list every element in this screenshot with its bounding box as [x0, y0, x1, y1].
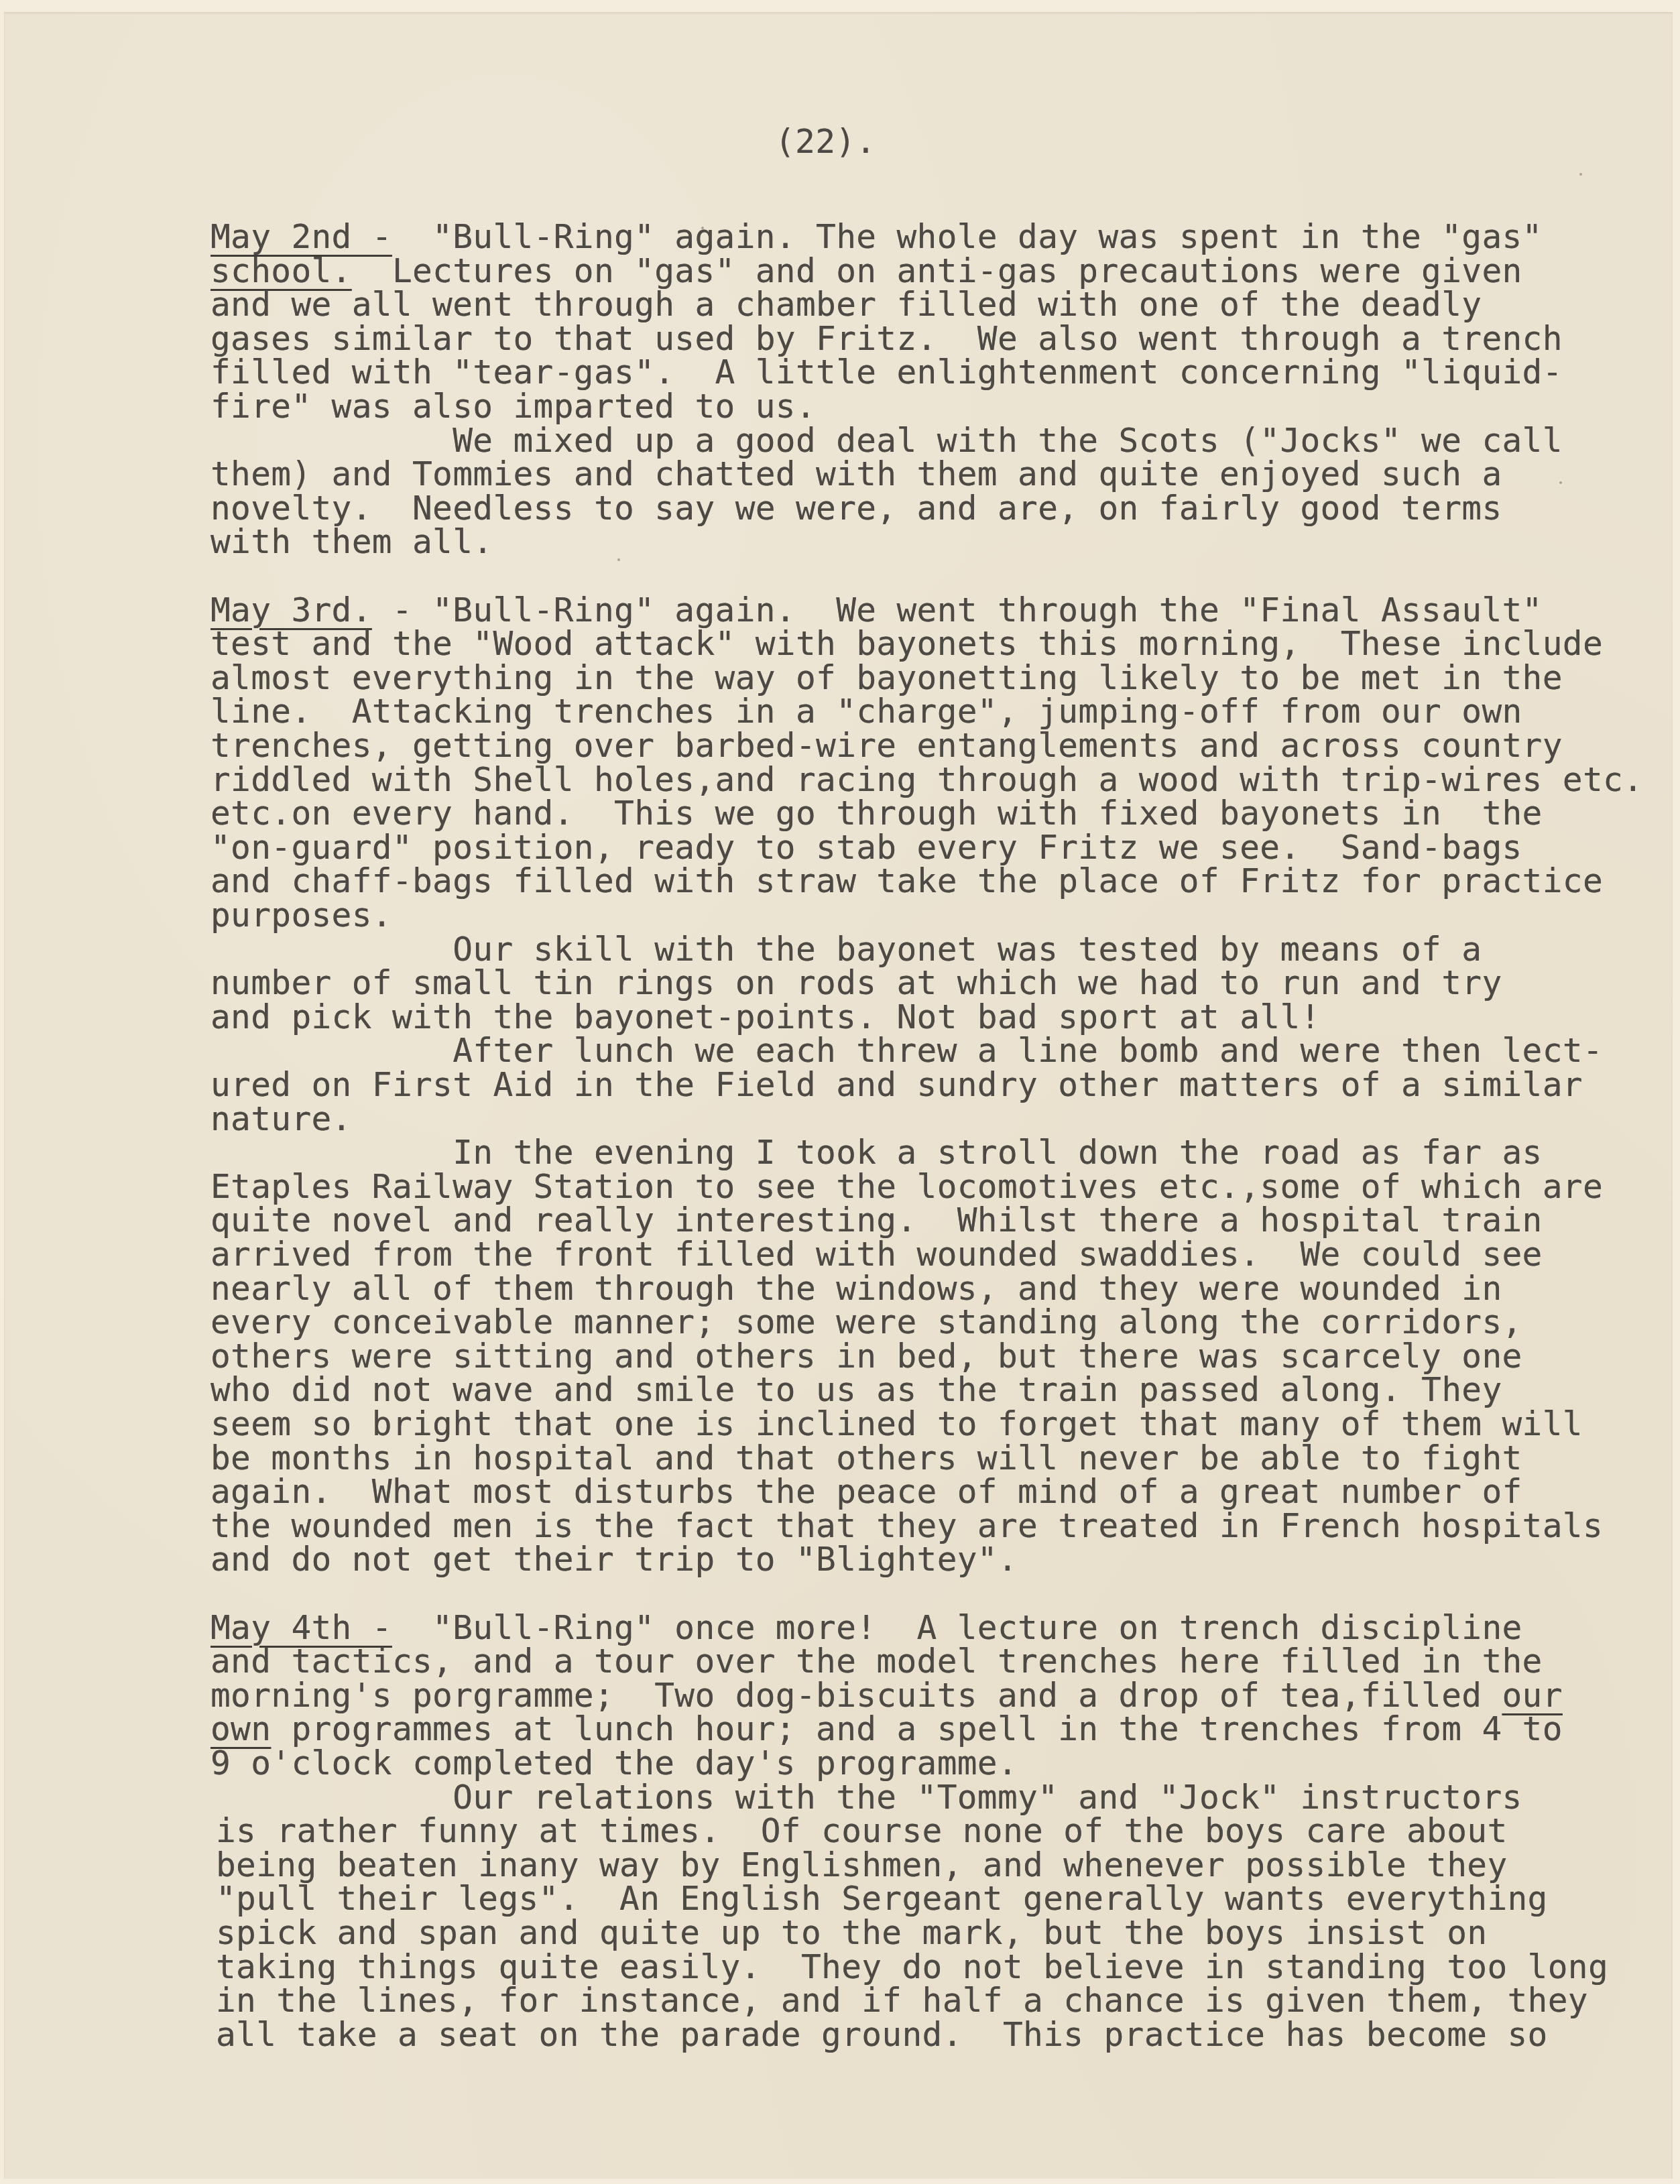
line-text: them) and Tommies and chatted with them … [211, 454, 1502, 493]
text-line: etc.on every hand. This we go through wi… [211, 796, 1543, 831]
line-text: "Bull-Ring" once more! A lecture on tren… [392, 1608, 1522, 1647]
text-line: and chaff-bags filled with straw take th… [211, 864, 1603, 898]
line-text: and do not get their trip to "Blightey". [211, 1540, 1018, 1579]
line-text: taking things quite easily. They do not … [216, 1947, 1608, 1986]
line-text: etc.on every hand. This we go through wi… [211, 794, 1543, 833]
text-line: the wounded men is the fact that they ar… [211, 1509, 1603, 1543]
line-text: and pick with the bayonet-points. Not ba… [211, 997, 1321, 1036]
text-line: "pull their legs". An English Sergeant g… [216, 1882, 1548, 1916]
line-text: the wounded men is the fact that they ar… [211, 1506, 1603, 1545]
line-text: trenches, getting over barbed-wire entan… [211, 726, 1563, 765]
line-text: Lectures on "gas" and on anti-gas precau… [352, 251, 1522, 290]
text-line: morning's porgramme; Two dog-biscuits an… [211, 1679, 1563, 1713]
line-text: riddled with Shell holes,and racing thro… [211, 760, 1643, 799]
text-line: seem so bright that one is inclined to f… [211, 1407, 1583, 1441]
text-line: Our skill with the bayonet was tested by… [211, 932, 1482, 967]
text-line: be months in hospital and that others wi… [211, 1441, 1522, 1475]
paper-speck [617, 558, 620, 561]
line-text: and chaff-bags filled with straw take th… [211, 861, 1603, 900]
text-line: and do not get their trip to "Blightey". [211, 1542, 1018, 1577]
line-text: After lunch we each threw a line bomb an… [211, 1031, 1603, 1070]
line-text: In the evening I took a stroll down the … [211, 1133, 1543, 1172]
line-text: morning's porgramme; Two dog-biscuits an… [211, 1676, 1502, 1715]
text-line: with them all. [211, 525, 493, 559]
text-line: own programmes at lunch hour; and a spel… [211, 1712, 1563, 1746]
line-text: Our skill with the bayonet was tested by… [211, 930, 1482, 969]
line-text: purposes. [211, 896, 392, 934]
text-line: trenches, getting over barbed-wire entan… [211, 729, 1563, 763]
underlined-text: own [211, 1709, 271, 1748]
line-text: - "Bull-Ring" again. We went through the… [372, 591, 1543, 629]
text-line: Etaples Railway Station to see the locom… [211, 1170, 1603, 1204]
line-text: number of small tin rings on rods at whi… [211, 963, 1502, 1002]
line-text: spick and span and quite up to the mark,… [216, 1913, 1487, 1952]
line-text: fire" was also imparted to us. [211, 387, 816, 426]
line-text: is rather funny at times. Of course none… [216, 1811, 1508, 1850]
text-line: test and the "Wood attack" with bayonets… [211, 627, 1603, 661]
line-text: being beaten inany way by Englishmen, an… [216, 1845, 1508, 1884]
paper-speck [701, 227, 704, 229]
text-line: who did not wave and smile to us as the … [211, 1373, 1502, 1407]
line-text: in the lines, for instance, and if half … [216, 1981, 1588, 2020]
entry-date: May 2nd - [211, 217, 392, 256]
line-text: line. Attacking trenches in a "charge", … [211, 692, 1522, 731]
text-line: almost everything in the way of bayonett… [211, 661, 1563, 695]
line-text: filled with "tear-gas". A little enlight… [211, 353, 1563, 391]
text-line: and pick with the bayonet-points. Not ba… [211, 1000, 1321, 1034]
text-line: fire" was also imparted to us. [211, 389, 816, 424]
line-text: and we all went through a chamber filled… [211, 285, 1482, 324]
line-text: nearly all of them through the windows, … [211, 1269, 1502, 1308]
line-text: test and the "Wood attack" with bayonets… [211, 624, 1603, 663]
line-text: almost everything in the way of bayonett… [211, 658, 1563, 697]
text-line: gases similar to that used by Fritz. We … [211, 322, 1563, 356]
text-line: them) and Tommies and chatted with them … [211, 457, 1502, 491]
entry-first-line: May 2nd - "Bull-Ring" again. The whole d… [211, 220, 1543, 254]
line-text: We mixed up a good deal with the Scots (… [211, 421, 1563, 460]
text-line: "on-guard" position, ready to stab every… [211, 831, 1522, 865]
text-line: and we all went through a chamber filled… [211, 288, 1482, 322]
text-line: nature. [211, 1102, 352, 1136]
text-line: nearly all of them through the windows, … [211, 1272, 1502, 1306]
line-text: seem so bright that one is inclined to f… [211, 1404, 1583, 1443]
text-line: every conceivable manner; some were stan… [211, 1305, 1522, 1339]
text-line: in the lines, for instance, and if half … [216, 1984, 1588, 2018]
text-line: 9 o'clock completed the day's programme. [211, 1746, 1018, 1780]
text-line: again. What most disturbs the peace of m… [211, 1475, 1522, 1509]
text-line: After lunch we each threw a line bomb an… [211, 1034, 1603, 1068]
underlined-text: school. [211, 251, 352, 290]
text-line: and tactics, and a tour over the model t… [211, 1644, 1543, 1679]
entry-first-line: May 3rd. - "Bull-Ring" again. We went th… [211, 593, 1543, 627]
line-text: "pull their legs". An English Sergeant g… [216, 1879, 1548, 1918]
entry-date: May 4th - [211, 1608, 392, 1647]
line-text: with them all. [211, 522, 493, 561]
text-line: being beaten inany way by Englishmen, an… [216, 1848, 1508, 1882]
text-line: is rather funny at times. Of course none… [216, 1814, 1508, 1848]
line-text: and tactics, and a tour over the model t… [211, 1642, 1543, 1681]
paper-speck [1559, 481, 1562, 484]
underlined-text: our [1502, 1676, 1563, 1715]
text-line: quite novel and really interesting. Whil… [211, 1203, 1543, 1237]
text-line: school. Lectures on "gas" and on anti-ga… [211, 254, 1522, 288]
text-line: line. Attacking trenches in a "charge", … [211, 694, 1522, 729]
line-text: all take a seat on the parade ground. Th… [216, 2015, 1548, 2054]
line-text: novelty. Needless to say we were, and ar… [211, 489, 1502, 528]
line-text: every conceivable manner; some were stan… [211, 1302, 1522, 1341]
text-line: novelty. Needless to say we were, and ar… [211, 491, 1502, 526]
text-line: others were sitting and others in bed, b… [211, 1339, 1522, 1374]
line-text: nature. [211, 1099, 352, 1138]
text-line: spick and span and quite up to the mark,… [216, 1916, 1487, 1950]
text-line: all take a seat on the parade ground. Th… [216, 2018, 1548, 2052]
line-text: quite novel and really interesting. Whil… [211, 1201, 1543, 1239]
text-line: In the evening I took a stroll down the … [211, 1136, 1543, 1170]
text-line: Our relations with the "Tommy" and "Jock… [211, 1780, 1522, 1815]
text-line: purposes. [211, 898, 392, 932]
text-line: number of small tin rings on rods at whi… [211, 966, 1502, 1000]
line-text: gases similar to that used by Fritz. We … [211, 319, 1563, 358]
line-text: ured on First Aid in the Field and sundr… [211, 1065, 1583, 1104]
line-text: arrived from the front filled with wound… [211, 1235, 1543, 1274]
paper-speck [1579, 173, 1582, 176]
line-text: "Bull-Ring" again. The whole day was spe… [392, 217, 1543, 256]
line-text: who did not wave and smile to us as the … [211, 1370, 1502, 1409]
line-text: programmes at lunch hour; and a spell in… [271, 1709, 1563, 1748]
line-text: Our relations with the "Tommy" and "Jock… [211, 1778, 1522, 1817]
line-text: again. What most disturbs the peace of m… [211, 1472, 1522, 1511]
text-line: We mixed up a good deal with the Scots (… [211, 424, 1563, 458]
text-line: ured on First Aid in the Field and sundr… [211, 1068, 1583, 1102]
line-text: Etaples Railway Station to see the locom… [211, 1167, 1603, 1206]
text-line: arrived from the front filled with wound… [211, 1237, 1543, 1272]
entry-date: May 3rd. [211, 591, 372, 629]
line-text: be months in hospital and that others wi… [211, 1439, 1522, 1477]
line-text: "on-guard" position, ready to stab every… [211, 828, 1522, 867]
page-number: (22). [775, 125, 876, 159]
line-text: others were sitting and others in bed, b… [211, 1337, 1522, 1376]
text-line: taking things quite easily. They do not … [216, 1950, 1608, 1984]
entry-first-line: May 4th - "Bull-Ring" once more! A lectu… [211, 1611, 1522, 1645]
typewritten-page: (22). May 2nd - "Bull-Ring" again. The w… [4, 12, 1673, 2179]
text-line: filled with "tear-gas". A little enlight… [211, 355, 1563, 389]
text-line: riddled with Shell holes,and racing thro… [211, 763, 1643, 797]
line-text: 9 o'clock completed the day's programme. [211, 1744, 1018, 1782]
